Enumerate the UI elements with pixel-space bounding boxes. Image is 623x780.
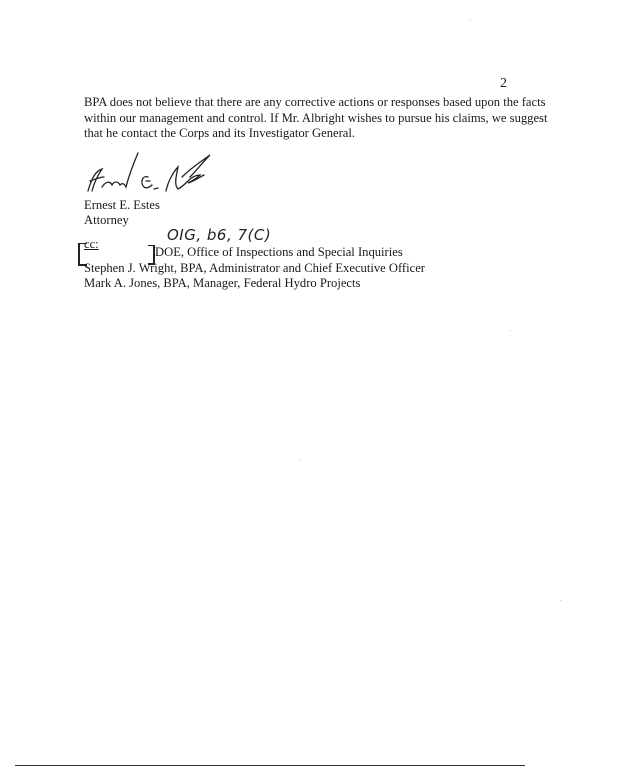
body-line: within our management and control. If Mr… [84,111,524,127]
footer-rule [15,765,525,766]
body-paragraph: BPA does not believe that there are any … [84,95,524,142]
scan-speck [470,20,471,21]
scan-speck [560,600,561,601]
redaction-code-annotation: OIG, b6, 7(C) [167,226,271,244]
scan-speck [510,330,511,331]
signature-image [82,147,222,197]
page-number: 2 [500,76,507,92]
signer-name: Ernest E. Estes [84,198,160,213]
cc-recipient-list: DOE, Office of Inspections and Special I… [84,245,425,292]
cc-recipient: Mark A. Jones, BPA, Manager, Federal Hyd… [84,276,425,292]
signer-title: Attorney [84,213,129,228]
scan-speck [300,460,301,461]
cc-recipient: DOE, Office of Inspections and Special I… [84,245,425,261]
cc-recipient: Stephen J. Wright, BPA, Administrator an… [84,261,425,277]
body-line: that he contact the Corps and its Invest… [84,126,524,142]
body-line: BPA does not believe that there are any … [84,95,524,111]
